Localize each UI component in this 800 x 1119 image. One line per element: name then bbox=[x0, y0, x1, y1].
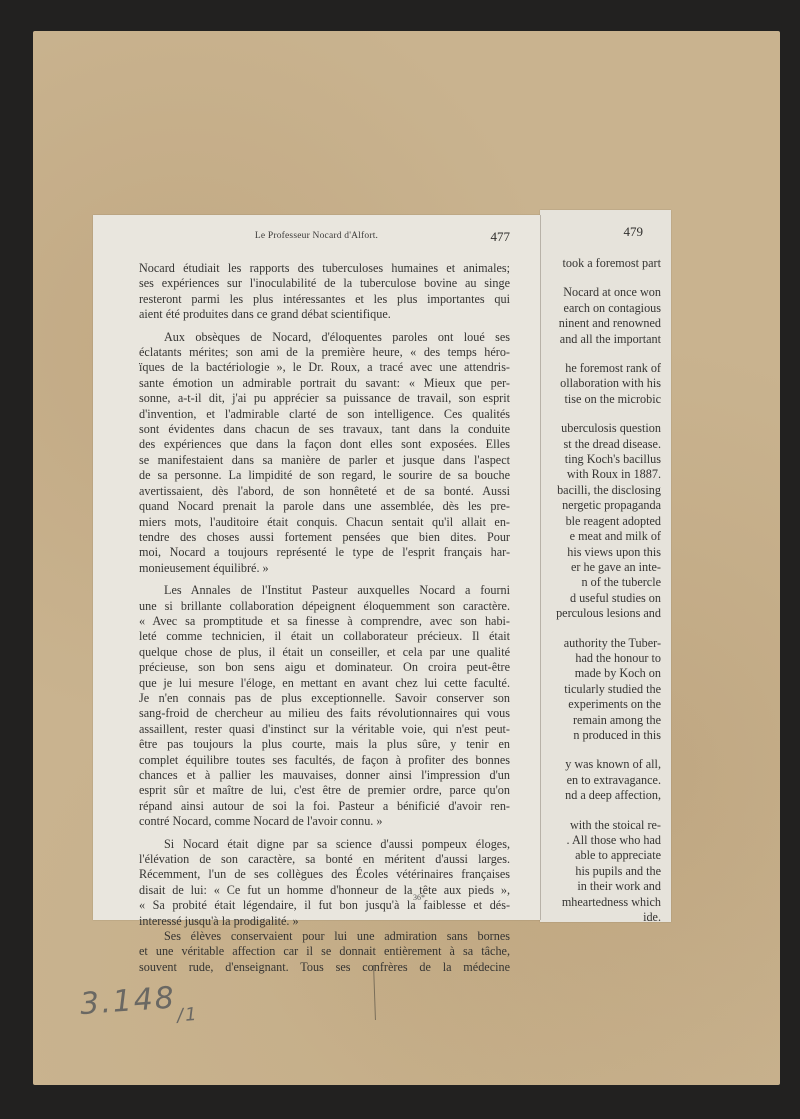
text-line: n produced in this bbox=[540, 728, 661, 743]
text-line: d'invention, et l'admirable clarté de so… bbox=[139, 407, 510, 422]
text-line: en to extravagance. bbox=[540, 773, 661, 788]
page-number-479: 479 bbox=[624, 224, 644, 240]
text-line: que je lui mesure l'éloge, en mettant en… bbox=[139, 676, 510, 691]
text-line: quand Nocard prenait la parole dans une … bbox=[139, 499, 510, 514]
text-line: Nocard étudiait les rapports des tubercu… bbox=[139, 261, 510, 276]
text-line: moi, Nocard a toujours représenté le typ… bbox=[139, 545, 510, 560]
text-line: mheartedness which bbox=[540, 895, 661, 910]
right-text-group: Nocard at once won earch on contagious n… bbox=[540, 285, 661, 347]
catalog-number: 3.148 bbox=[79, 980, 177, 1022]
text-line: ïques de la bactériologie », le Dr. Roux… bbox=[139, 360, 510, 375]
text-line: y was known of all, bbox=[540, 757, 661, 772]
text-line: être pas toujours la plus courte, mais l… bbox=[139, 737, 510, 752]
text-line: assaillent, rester quasi d'instinct sur … bbox=[139, 722, 510, 737]
text-line: ollaboration with his bbox=[540, 376, 661, 391]
text-line: Si Nocard était digne par sa science d'a… bbox=[139, 837, 510, 852]
text-line: Récemment, l'un de ses collègues des Éco… bbox=[139, 867, 510, 882]
text-line: ble reagent adopted bbox=[540, 514, 661, 529]
paragraph-4: Si Nocard était digne par sa science d'a… bbox=[139, 837, 510, 929]
text-line: une si brillante collaboration dépeignen… bbox=[139, 599, 510, 614]
right-text-group: with the stoical re- . All those who had… bbox=[540, 818, 661, 922]
page-seam bbox=[540, 215, 541, 920]
text-line: bacilli, the disclosing bbox=[540, 483, 661, 498]
right-page-body: took a foremost part Nocard at once won … bbox=[540, 256, 661, 922]
running-head: Le Professeur Nocard d'Alfort. bbox=[93, 231, 540, 241]
text-line: took a foremost part bbox=[540, 256, 661, 271]
text-line: nergetic propaganda bbox=[540, 498, 661, 513]
text-line: remain among the bbox=[540, 713, 661, 728]
text-line: Nocard at once won bbox=[540, 285, 661, 300]
text-line: des expériences que dans la façon dont e… bbox=[139, 437, 510, 452]
text-line: earch on contagious bbox=[540, 301, 661, 316]
text-line: esprit sûr et maître de lui, c'est être … bbox=[139, 783, 510, 798]
text-line: se manifestaient dans sa manière de parl… bbox=[139, 453, 510, 468]
paragraph-5: Ses élèves conservaient pour lui une adm… bbox=[139, 929, 510, 975]
text-line: with the stoical re- bbox=[540, 818, 661, 833]
text-line: perculous lesions and bbox=[540, 606, 661, 621]
right-text-group: uberculosis question st the dread diseas… bbox=[540, 421, 661, 621]
text-line: uberculosis question bbox=[540, 421, 661, 436]
text-line: had the honour to bbox=[540, 651, 661, 666]
text-line: tise on the microbic bbox=[540, 392, 661, 407]
catalog-suffix: /1 bbox=[176, 1004, 199, 1026]
text-line: Les Annales de l'Institut Pasteur auxque… bbox=[139, 583, 510, 598]
text-line: monieusement équilibré. » bbox=[139, 561, 510, 576]
text-line: ninent and renowned bbox=[540, 316, 661, 331]
left-page-clipping: Le Professeur Nocard d'Alfort. 477 Nocar… bbox=[93, 215, 540, 920]
text-line: e meat and milk of bbox=[540, 529, 661, 544]
text-line: sante émotion un admirable portrait du s… bbox=[139, 376, 510, 391]
text-line: with Roux in 1887. bbox=[540, 467, 661, 482]
text-line: ticularly studied the bbox=[540, 682, 661, 697]
right-text-group: y was known of all, en to extravagance. … bbox=[540, 757, 661, 803]
text-line: Je n'en connais pas de plus exceptionnel… bbox=[139, 691, 510, 706]
text-line: « Sa probité était légendaire, il fut bo… bbox=[139, 898, 510, 913]
text-line: leté comme technicien, il était un colla… bbox=[139, 629, 510, 644]
paragraph-1: Nocard étudiait les rapports des tubercu… bbox=[139, 261, 510, 323]
text-line: Ses élèves conservaient pour lui une adm… bbox=[139, 929, 510, 944]
text-line: sang-froid de chercheur au milieu des fa… bbox=[139, 706, 510, 721]
right-text-group: took a foremost part bbox=[540, 256, 661, 271]
text-line: contré Nocard, comme Nocard de l'avoir c… bbox=[139, 814, 510, 829]
text-line: authority the Tuber- bbox=[540, 636, 661, 651]
text-line: sont évidentes dans chacun de ses travau… bbox=[139, 422, 510, 437]
page-number-477: 477 bbox=[491, 229, 511, 245]
text-line: et une véritable affection car il se don… bbox=[139, 944, 510, 959]
text-line: souvent rude, d'enseignant. Tous ses con… bbox=[139, 960, 510, 975]
text-line: made by Koch on bbox=[540, 666, 661, 681]
right-page-clipping: 479 took a foremost part Nocard at once … bbox=[540, 210, 671, 922]
left-page-body: Nocard étudiait les rapports des tubercu… bbox=[139, 261, 510, 975]
text-line: . All those who had bbox=[540, 833, 661, 848]
paragraph-2: Aux obsèques de Nocard, d'éloquentes par… bbox=[139, 330, 510, 577]
text-line: nd a deep affection, bbox=[540, 788, 661, 803]
paragraph-3: Les Annales de l'Institut Pasteur auxque… bbox=[139, 583, 510, 830]
text-line: ting Koch's bacillus bbox=[540, 452, 661, 467]
text-line: « Avec sa promptitude et sa finesse à co… bbox=[139, 614, 510, 629]
text-line: n of the tubercle bbox=[540, 575, 661, 590]
text-line: chances et à pallier les mauvaises, donn… bbox=[139, 768, 510, 783]
text-line: quelque chose de plus, il était un conse… bbox=[139, 645, 510, 660]
text-line: he foremost rank of bbox=[540, 361, 661, 376]
text-line: and all the important bbox=[540, 332, 661, 347]
text-line: resteront parmi les plus intéressantes e… bbox=[139, 292, 510, 307]
text-line: tendre des choses aussi fortement pensée… bbox=[139, 530, 510, 545]
right-text-group: authority the Tuber- had the honour to m… bbox=[540, 636, 661, 744]
text-line: disait de lui: « Ce fut un homme d'honne… bbox=[139, 883, 510, 898]
text-line: interessé jusqu'à la prodigalité. » bbox=[139, 914, 510, 929]
handwritten-catalog-number: 3.148/1 bbox=[79, 979, 199, 1022]
text-line: in their work and bbox=[540, 879, 661, 894]
text-line: répand ainsi autour de soi la foi. Paste… bbox=[139, 799, 510, 814]
text-line: ses expériences sur l'inoculabilité de l… bbox=[139, 276, 510, 291]
text-line: l'élévation de son caractère, sa bonté e… bbox=[139, 852, 510, 867]
text-line: miers mots, l'auditoire était conquis. C… bbox=[139, 515, 510, 530]
text-line: de sa personne. La limpidité de son rega… bbox=[139, 468, 510, 483]
text-line: able to appreciate bbox=[540, 848, 661, 863]
right-text-group: he foremost rank of ollaboration with hi… bbox=[540, 361, 661, 407]
text-line: aient été produites dans ce grand débat … bbox=[139, 307, 510, 322]
signature-mark: 36* bbox=[413, 893, 425, 902]
text-line: éclatants mérites; son ami de la premièr… bbox=[139, 345, 510, 360]
text-line: er he gave an inte- bbox=[540, 560, 661, 575]
text-line: précieuse, son bon sens aigu et dominate… bbox=[139, 660, 510, 675]
text-line: Aux obsèques de Nocard, d'éloquentes par… bbox=[139, 330, 510, 345]
text-line: sonne, a-t-il dit, j'ai pu apprécier sa … bbox=[139, 391, 510, 406]
text-line: complet équilibre toutes ses facultés, d… bbox=[139, 753, 510, 768]
text-line: st the dread disease. bbox=[540, 437, 661, 452]
text-line: his pupils and the bbox=[540, 864, 661, 879]
text-line: avertissaient, dès l'abord, de son honnê… bbox=[139, 484, 510, 499]
text-line: d useful studies on bbox=[540, 591, 661, 606]
text-line: experiments on the bbox=[540, 697, 661, 712]
text-line: ide. bbox=[540, 910, 661, 922]
text-line: his views upon this bbox=[540, 545, 661, 560]
